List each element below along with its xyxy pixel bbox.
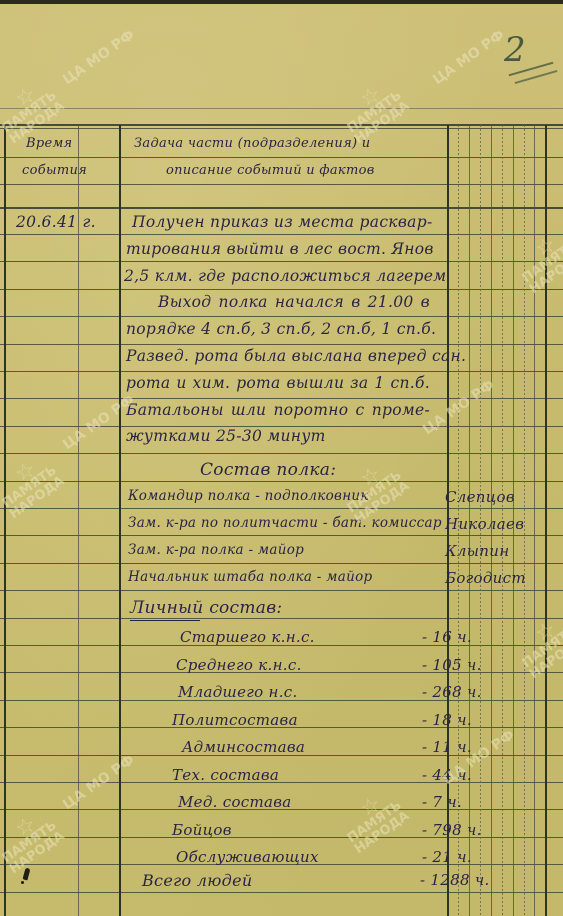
command-role: Начальник штаба полка - майор bbox=[128, 569, 372, 585]
command-name: Слепцов bbox=[445, 488, 515, 506]
header-bottom-rule bbox=[0, 207, 563, 209]
personnel-title: Личный состав: bbox=[130, 598, 282, 618]
personnel-category: Политсостава bbox=[172, 711, 298, 729]
personnel-category: Админсостава bbox=[182, 738, 305, 756]
ruled-line bbox=[0, 453, 563, 454]
ink-blot bbox=[23, 868, 31, 881]
header-row-rule bbox=[0, 157, 563, 158]
total-count: - 1288 ч. bbox=[420, 871, 490, 889]
personnel-count: - 21 ч. bbox=[422, 848, 472, 866]
header-top-rule-inner bbox=[0, 128, 563, 129]
watermark-project: ПАМЯТЬНАРОДА bbox=[0, 464, 67, 522]
ruled-line bbox=[0, 344, 563, 345]
personnel-count: - 268 ч. bbox=[422, 683, 482, 701]
ink-blot bbox=[21, 881, 24, 884]
ruled-line bbox=[0, 618, 563, 619]
ruled-line bbox=[0, 590, 563, 591]
personnel-category: Среднего к.н.с. bbox=[176, 656, 302, 674]
personnel-category: Мед. состава bbox=[178, 793, 292, 811]
header-task-line2: описание событий и фактов bbox=[166, 163, 375, 178]
total-label: Всего людей bbox=[142, 871, 252, 890]
personnel-category: Обслуживающих bbox=[176, 848, 319, 866]
entry-line: Выход полка начался в 21.00 в bbox=[158, 293, 430, 311]
entry-line: рота и хим. рота вышли за 1 сп.б. bbox=[126, 374, 430, 392]
command-role: Зам. к-ра по политчасти - бат. комиссар bbox=[128, 515, 442, 531]
command-role: Зам. к-ра полка - майор bbox=[128, 542, 304, 558]
command-name: Богодист bbox=[445, 569, 526, 587]
entry-line: 2,5 клм. где расположиться лагерем bbox=[124, 267, 430, 285]
command-role: Командир полка - подполковник bbox=[128, 488, 369, 504]
entry-line: порядке 4 сп.б, 3 сп.б, 2 сп.б, 1 сп.б. bbox=[126, 320, 430, 338]
personnel-title-underline bbox=[130, 620, 200, 621]
personnel-count: - 16 ч. bbox=[422, 628, 472, 646]
entry-line: жутками 25-30 минут bbox=[126, 427, 430, 445]
entry-line: Развед. рота была выслана вперед сан. bbox=[126, 347, 430, 365]
personnel-count: - 798 ч. bbox=[422, 821, 482, 839]
entry-line: Батальоны шли поротно с проме- bbox=[126, 401, 430, 419]
ruled-line bbox=[0, 316, 563, 317]
ruled-line bbox=[0, 289, 563, 290]
watermark-archive: ЦА МО РФ bbox=[430, 27, 508, 88]
ruled-line bbox=[0, 892, 563, 893]
header-time-line2: события bbox=[22, 163, 87, 178]
composition-title: Состав полка: bbox=[200, 460, 336, 480]
watermark-project: ПАМЯТЬНАРОДА bbox=[0, 819, 67, 877]
column-line-time-sub bbox=[78, 125, 79, 916]
star-icon: ☆ bbox=[12, 457, 39, 487]
personnel-count: - 18 ч. bbox=[422, 711, 472, 729]
personnel-category: Тех. состава bbox=[172, 766, 279, 784]
personnel-category: Бойцов bbox=[172, 821, 232, 839]
entry-line: тирования выйти в лес вост. Янов bbox=[126, 240, 430, 258]
diary-page: 2 Время события Задача части (подразделе… bbox=[0, 0, 563, 916]
column-line-left bbox=[4, 125, 6, 916]
personnel-count: - 11 ч. bbox=[422, 738, 472, 756]
page-number: 2 bbox=[504, 30, 526, 70]
ruled-line bbox=[0, 371, 563, 372]
header-task-line1: Задача части (подразделения) и bbox=[134, 136, 370, 151]
entry-line: Получен приказ из места расквар- bbox=[132, 213, 430, 231]
personnel-count: - 105 ч. bbox=[422, 656, 482, 674]
ruled-line bbox=[0, 508, 563, 509]
star-icon: ☆ bbox=[357, 792, 384, 822]
personnel-category: Старшего к.н.с. bbox=[180, 628, 315, 646]
personnel-count: - 7 ч. bbox=[422, 793, 462, 811]
column-line-right bbox=[545, 125, 547, 916]
column-line-time bbox=[119, 125, 121, 916]
top-rule bbox=[0, 108, 563, 109]
ruled-line bbox=[0, 563, 563, 564]
header-row-rule bbox=[0, 184, 563, 185]
header-time-line1: Время bbox=[26, 136, 72, 151]
ruled-line bbox=[0, 261, 563, 262]
ruled-line bbox=[0, 481, 563, 482]
entry-date: 20.6.41 г. bbox=[16, 213, 96, 231]
command-name: Николаев bbox=[445, 515, 524, 533]
command-name: Клыпин bbox=[445, 542, 509, 560]
header-top-rule bbox=[0, 124, 563, 126]
page-top-edge bbox=[0, 0, 563, 4]
watermark-project: ПАМЯТЬНАРОДА bbox=[520, 239, 563, 297]
ruled-line bbox=[0, 782, 563, 783]
watermark-project: ПАМЯТЬНАРОДА bbox=[345, 799, 412, 857]
ruled-line bbox=[0, 535, 563, 536]
watermark-archive: ЦА МО РФ bbox=[60, 27, 138, 88]
ruled-line bbox=[0, 398, 563, 399]
personnel-count: - 44 ч. bbox=[422, 766, 472, 784]
column-line-sub bbox=[534, 125, 535, 916]
ruled-line bbox=[0, 234, 563, 235]
personnel-category: Младшего н.с. bbox=[178, 683, 298, 701]
